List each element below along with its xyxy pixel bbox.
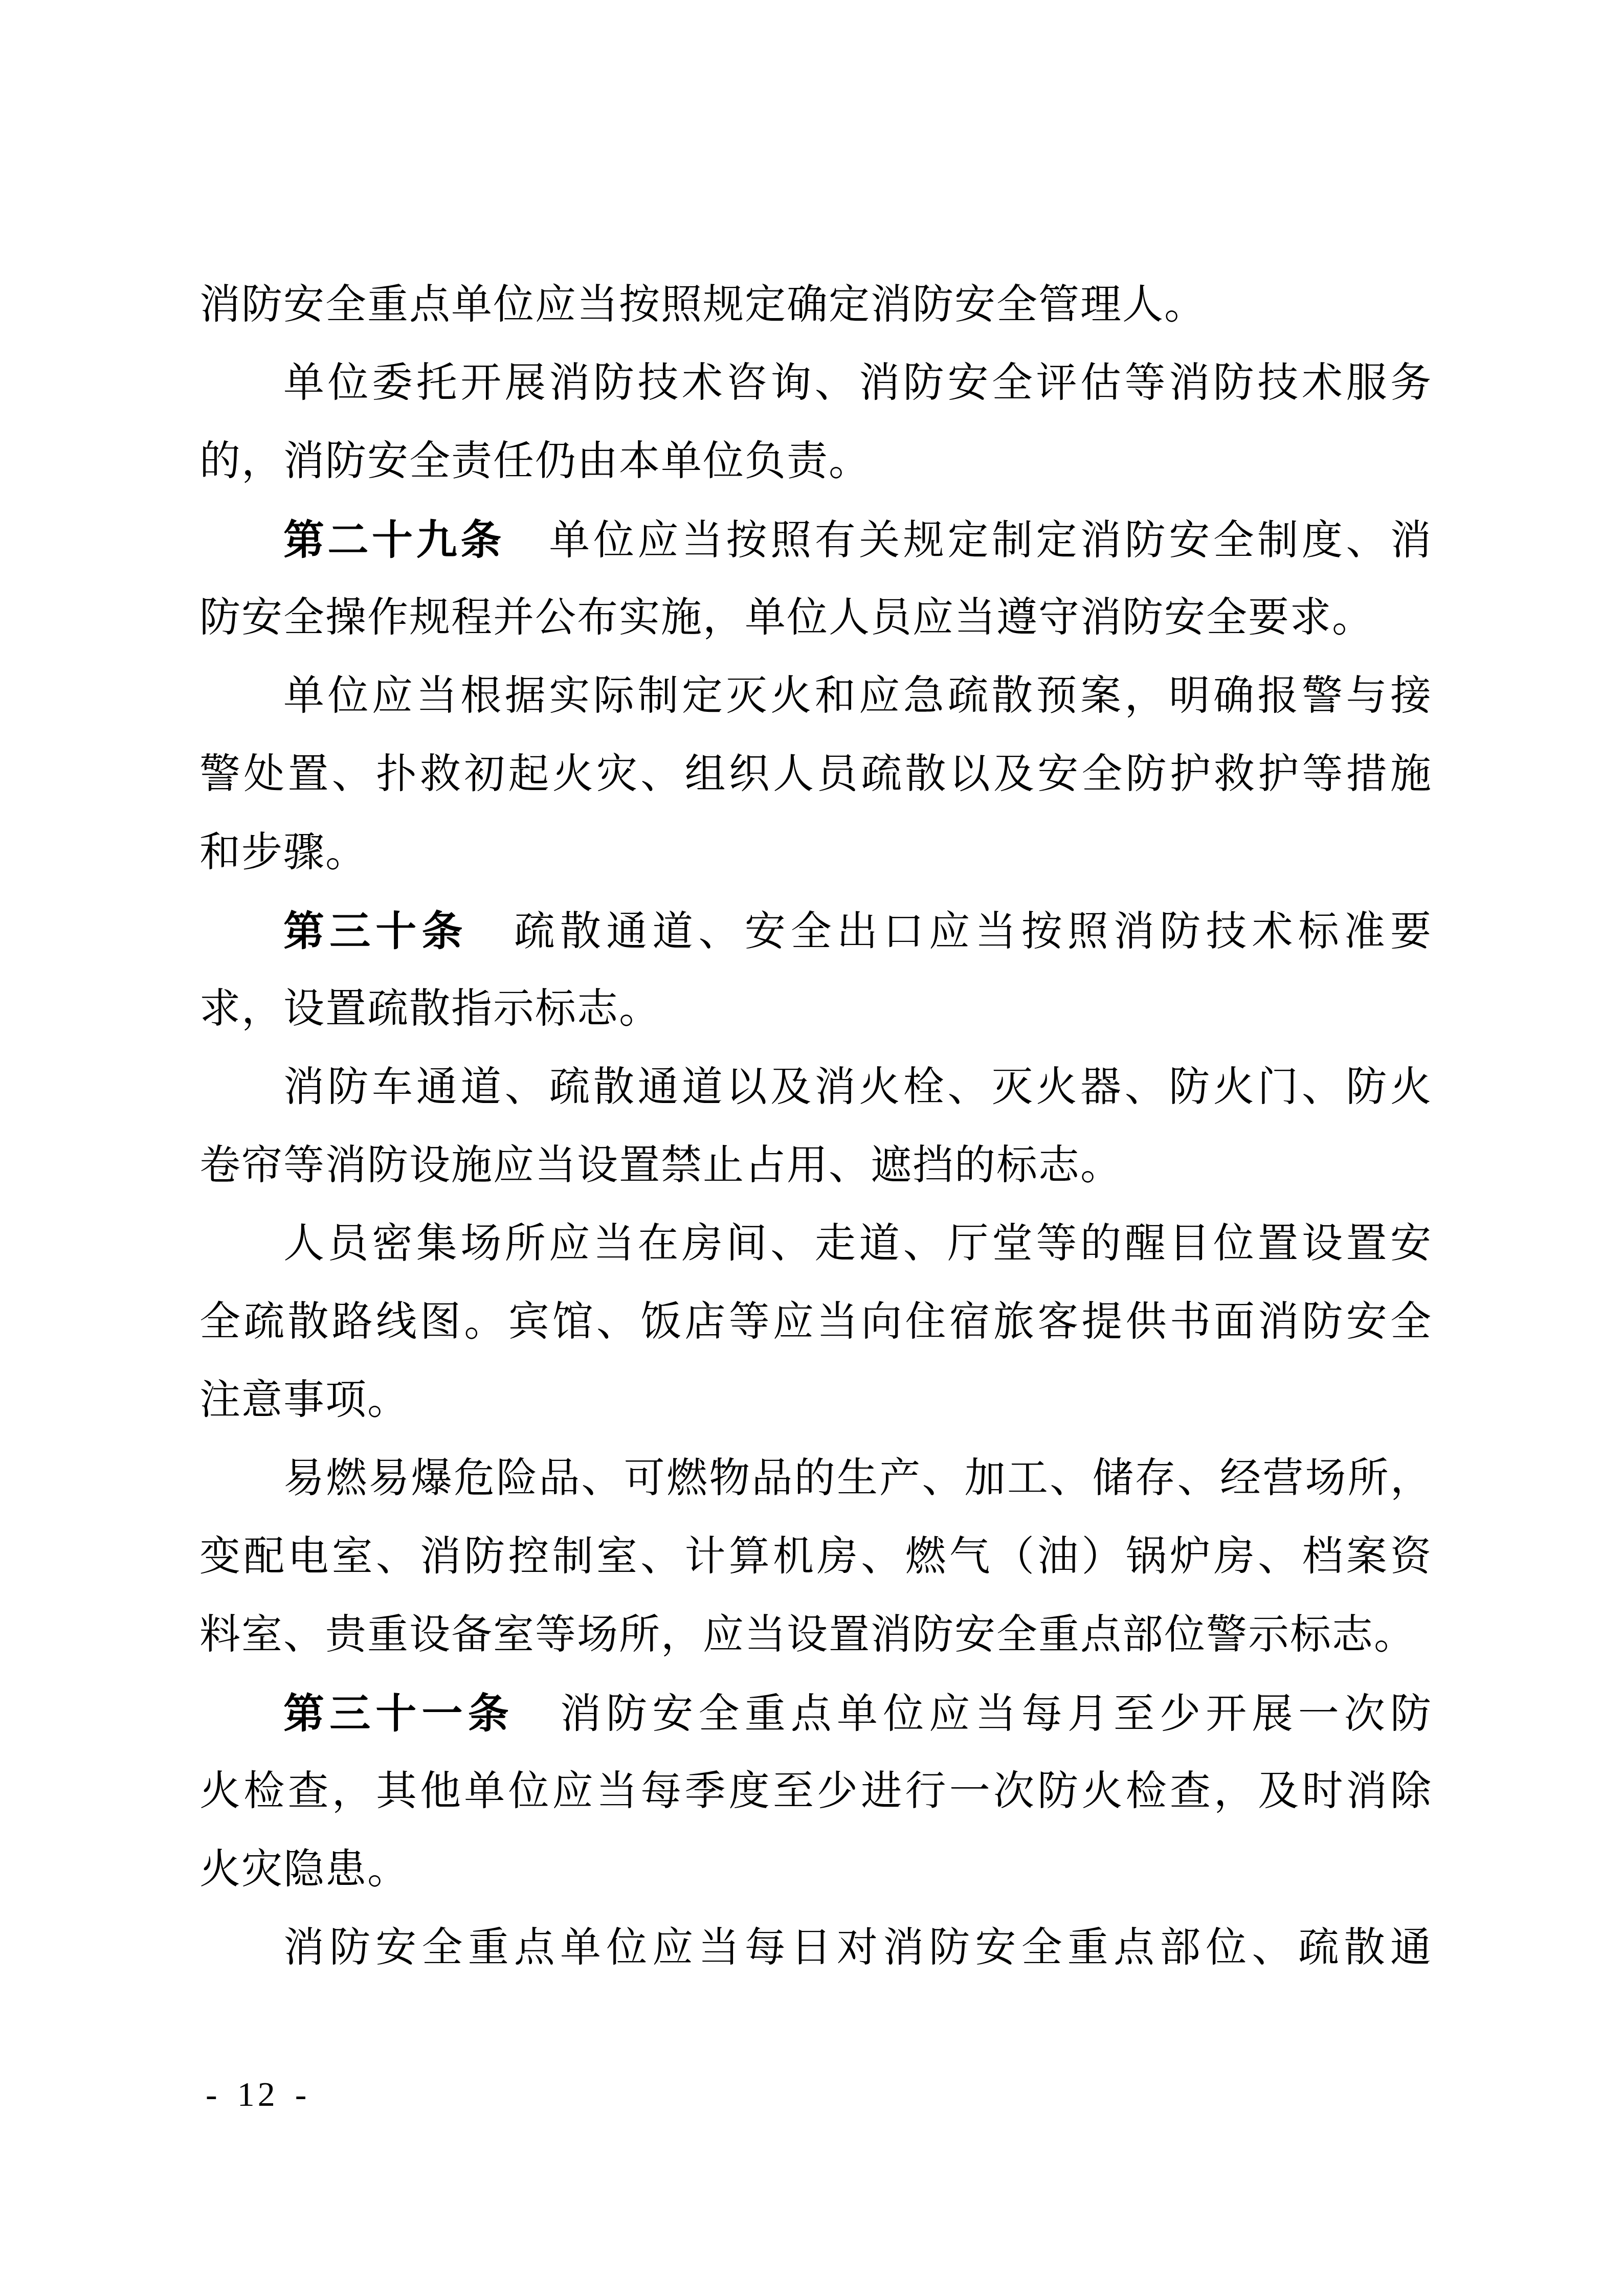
document-page: 消防安全重点单位应当按照规定确定消防安全管理人。单位委托开展消防技术咨询、消防安… [0,0,1624,2296]
text-run: 人员密集场所应当在房间、走道、厅堂等的醒目位置设置安 [283,1221,1432,1266]
text-line: 和步骤。 [199,814,1432,892]
text-run: 的，消防安全责任仍由本单位负责。 [199,439,871,484]
text-run: 消防安全重点单位应当每日对消防安全重点部位、疏散通 [283,1925,1432,1970]
document-body: 消防安全重点单位应当按照规定确定消防安全管理人。单位委托开展消防技术咨询、消防安… [199,266,1432,1987]
text-run: 单位委托开展消防技术咨询、消防安全评估等消防技术服务 [283,361,1432,406]
text-line: 料室、贵重设备室等场所，应当设置消防安全重点部位警示标志。 [199,1596,1432,1674]
text-run: 求，设置疏散指示标志。 [199,986,661,1031]
text-run: 单位应当根据实际制定灭火和应急疏散预案，明确报警与接 [283,673,1432,718]
text-line: 人员密集场所应当在房间、走道、厅堂等的醒目位置设置安 [199,1205,1432,1283]
text-run: 和步骤。 [199,830,367,875]
text-line: 注意事项。 [199,1361,1432,1439]
text-line: 全疏散路线图。宾馆、饭店等应当向住宿旅客提供书面消防安全 [199,1283,1432,1361]
article-number-label: 第二十九条 [283,517,505,562]
article-number-label: 第三十条 [283,908,468,954]
text-run: 警处置、扑救初起火灾、组织人员疏散以及安全防护救护等措施 [199,752,1432,797]
text-line: 求，设置疏散指示标志。 [199,970,1432,1048]
text-line: 防安全操作规程并公布实施，单位人员应当遵守消防安全要求。 [199,579,1432,657]
page-footer: - 12 - [206,2066,309,2122]
text-run: 变配电室、消防控制室、计算机房、燃气（油）锅炉房、档案资 [199,1534,1432,1579]
text-run: 火检查，其他单位应当每季度至少进行一次防火检查，及时消除 [199,1769,1432,1814]
text-line: 消防安全重点单位应当按照规定确定消防安全管理人。 [199,266,1432,344]
text-line: 警处置、扑救初起火灾、组织人员疏散以及安全防护救护等措施 [199,735,1432,814]
page-number: - 12 - [206,2075,309,2113]
text-run: 防安全操作规程并公布实施，单位人员应当遵守消防安全要求。 [199,595,1374,640]
text-run: 消防车通道、疏散通道以及消火栓、灭火器、防火门、防火 [283,1065,1432,1110]
text-line: 第二十九条 单位应当按照有关规定制定消防安全制度、消 [199,501,1432,579]
text-line: 单位应当根据实际制定灭火和应急疏散预案，明确报警与接 [199,657,1432,735]
text-run: 卷帘等消防设施应当设置禁止占用、遮挡的标志。 [199,1143,1122,1188]
text-run: 全疏散路线图。宾馆、饭店等应当向住宿旅客提供书面消防安全 [199,1299,1432,1344]
text-run: 单位应当按照有关规定制定消防安全制度、消 [505,518,1432,563]
text-line: 的，消防安全责任仍由本单位负责。 [199,422,1432,501]
text-line: 单位委托开展消防技术咨询、消防安全评估等消防技术服务 [199,344,1432,422]
text-line: 第三十条 疏散通道、安全出口应当按照消防技术标准要 [199,892,1432,970]
text-run: 易燃易爆危险品、可燃物品的生产、加工、储存、经营场所， [283,1456,1432,1501]
text-line: 卷帘等消防设施应当设置禁止占用、遮挡的标志。 [199,1127,1432,1205]
text-run: 注意事项。 [199,1378,409,1423]
text-line: 消防车通道、疏散通道以及消火栓、灭火器、防火门、防火 [199,1048,1432,1127]
text-line: 变配电室、消防控制室、计算机房、燃气（油）锅炉房、档案资 [199,1518,1432,1596]
article-number-label: 第三十一条 [283,1691,514,1736]
text-line: 消防安全重点单位应当每日对消防安全重点部位、疏散通 [199,1909,1432,1987]
text-line: 火灾隐患。 [199,1831,1432,1909]
text-run: 火灾隐患。 [199,1847,409,1892]
text-run: 消防安全重点单位应当按照规定确定消防安全管理人。 [199,282,1206,327]
text-run: 消防安全重点单位应当每月至少开展一次防 [514,1692,1432,1737]
text-run: 疏散通道、安全出口应当按照消防技术标准要 [468,909,1432,954]
text-line: 火检查，其他单位应当每季度至少进行一次防火检查，及时消除 [199,1752,1432,1831]
text-line: 第三十一条 消防安全重点单位应当每月至少开展一次防 [199,1674,1432,1752]
text-line: 易燃易爆危险品、可燃物品的生产、加工、储存、经营场所， [199,1439,1432,1518]
text-run: 料室、贵重设备室等场所，应当设置消防安全重点部位警示标志。 [199,1612,1416,1657]
